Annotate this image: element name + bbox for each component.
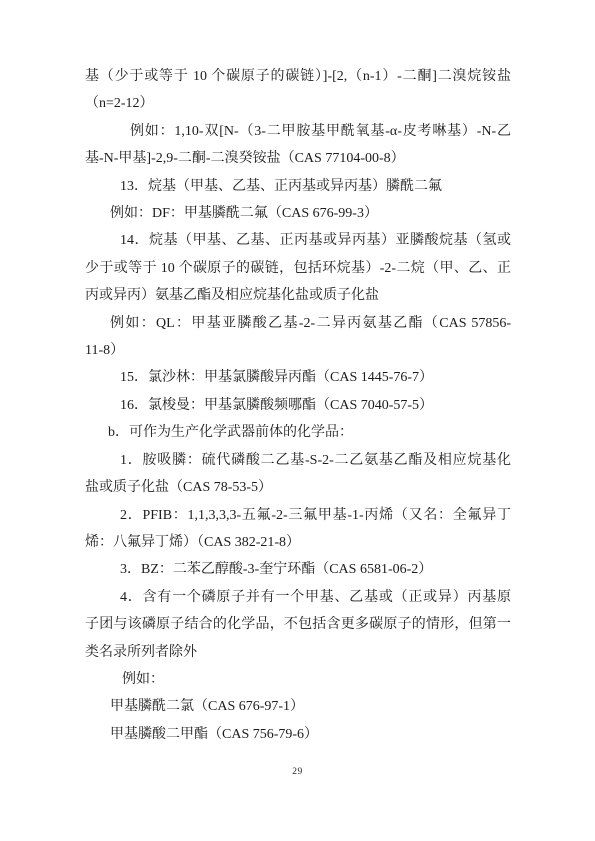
text-line: 基-N-甲基]-2,9-二酮-二溴癸铵盐（CAS 77104-00-8） [85, 145, 511, 172]
text-line: 基（少于或等于 10 个碳原子的碳链）]-[2,（n-1）-二酮]二溴烷铵盐 [85, 63, 511, 90]
text-line: 15．氯沙林：甲基氯膦酸异丙酯（CAS 1445-76-7） [85, 364, 511, 391]
text-line: 盐或质子化盐（CAS 78-53-5） [85, 474, 511, 501]
text-line: 14．烷基（甲基、乙基、正丙基或异丙基）亚膦酸烷基（氢或 [85, 227, 511, 254]
document-page: 基（少于或等于 10 个碳原子的碳链）]-[2,（n-1）-二酮]二溴烷铵盐 （… [0, 0, 595, 841]
text-line: 例如： [85, 666, 511, 693]
text-line: （n=2-12） [85, 90, 511, 117]
text-line: 少于或等于 10 个碳原子的碳链，包括环烷基）-2-二烷（甲、乙、正 [85, 255, 511, 282]
text-line: 子团与该磷原子结合的化学品，不包括含更多碳原子的情形，但第一 [85, 611, 511, 638]
text-line: 丙或异丙）氨基乙酯及相应烷基化盐或质子化盐 [85, 282, 511, 309]
text-line: b．可作为生产化学武器前体的化学品： [85, 419, 511, 446]
document-text-block: 基（少于或等于 10 个碳原子的碳链）]-[2,（n-1）-二酮]二溴烷铵盐 （… [85, 63, 511, 748]
text-line: 3．BZ：二苯乙醇酸-3-奎宁环酯（CAS 6581-06-2） [85, 556, 511, 583]
text-line: 例如：DF：甲基膦酰二氟（CAS 676-99-3） [85, 200, 511, 227]
text-line: 13．烷基（甲基、乙基、正丙基或异丙基）膦酰二氟 [85, 173, 511, 200]
text-line: 例如：1,10-双[N-（3-二甲胺基甲酰氧基-α-皮考啉基）-N-乙 [85, 118, 511, 145]
text-line: 4．含有一个磷原子并有一个甲基、乙基或（正或异）丙基原 [85, 584, 511, 611]
text-line: 甲基膦酸二甲酯（CAS 756-79-6） [85, 721, 511, 748]
text-line: 11-8） [85, 337, 511, 364]
text-line: 类名录所列者除外 [85, 639, 511, 666]
text-line: 例如：QL：甲基亚膦酸乙基-2-二异丙氨基乙酯（CAS 57856- [85, 310, 511, 337]
text-line: 16．氯梭曼：甲基氯膦酸频哪酯（CAS 7040-57-5） [85, 392, 511, 419]
text-line: 1．胺吸膦：硫代磷酸二乙基-S-2-二乙氨基乙酯及相应烷基化 [85, 447, 511, 474]
page-number: 29 [0, 767, 595, 777]
text-line: 2．PFIB：1,1,3,3,3-五氟-2-三氟甲基-1-丙烯（又名：全氟异丁 [85, 502, 511, 529]
text-line: 甲基膦酰二氯（CAS 676-97-1） [85, 693, 511, 720]
text-line: 烯：八氟异丁烯）（CAS 382-21-8） [85, 529, 511, 556]
